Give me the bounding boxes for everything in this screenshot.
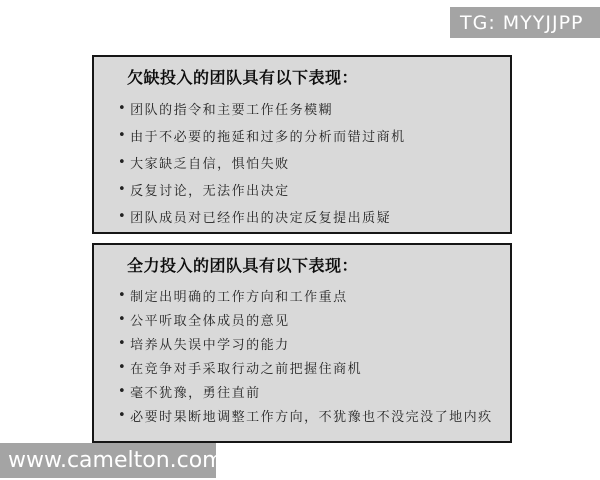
panel-full-commitment: 全力投入的团队具有以下表现： • 制定出明确的工作方向和工作重点 • 公平听取全… <box>92 243 512 443</box>
watermark: www.camelton.com <box>0 443 216 478</box>
list-item-text: 反复讨论，无法作出决定 <box>130 180 290 199</box>
bullet-icon: • <box>118 155 127 170</box>
list-item: • 必要时果断地调整工作方向，不犹豫也不没完没了地内疚 <box>118 403 500 427</box>
bullet-icon: • <box>118 408 127 423</box>
list-item-text: 在竞争对手采取行动之前把握住商机 <box>130 358 362 377</box>
list-item: • 由于不必要的拖延和过多的分析而错过商机 <box>118 122 500 149</box>
list-item: • 大家缺乏自信，惧怕失败 <box>118 149 500 176</box>
list-item: • 毫不犹豫，勇往直前 <box>118 379 500 403</box>
list-item-text: 由于不必要的拖延和过多的分析而错过商机 <box>130 126 406 145</box>
list-item: • 在竞争对手采取行动之前把握住商机 <box>118 355 500 379</box>
bullet-icon: • <box>118 182 127 197</box>
list-item: • 团队的指令和主要工作任务模糊 <box>118 95 500 122</box>
bullet-icon: • <box>118 209 127 224</box>
list-item: • 反复讨论，无法作出决定 <box>118 176 500 203</box>
bullet-icon: • <box>118 360 127 375</box>
bullet-icon: • <box>118 312 127 327</box>
list-item-text: 团队成员对已经作出的决定反复提出质疑 <box>130 207 391 226</box>
tg-badge: TG: MYYJJPP <box>450 7 600 38</box>
bullet-icon: • <box>118 288 127 303</box>
list-item: • 公平听取全体成员的意见 <box>118 307 500 331</box>
list-item-text: 团队的指令和主要工作任务模糊 <box>130 99 333 118</box>
list-item: • 培养从失误中学习的能力 <box>118 331 500 355</box>
bullet-icon: • <box>118 101 127 116</box>
bullet-icon: • <box>118 128 127 143</box>
bullet-icon: • <box>118 336 127 351</box>
bullet-icon: • <box>118 384 127 399</box>
panel-title: 全力投入的团队具有以下表现： <box>127 255 510 276</box>
list-item-text: 公平听取全体成员的意见 <box>130 310 290 329</box>
panel-lacking-commitment: 欠缺投入的团队具有以下表现： • 团队的指令和主要工作任务模糊 • 由于不必要的… <box>92 55 512 234</box>
list-item-text: 培养从失误中学习的能力 <box>130 334 290 353</box>
list-item-text: 制定出明确的工作方向和工作重点 <box>130 286 348 305</box>
list-item-text: 必要时果断地调整工作方向，不犹豫也不没完没了地内疚 <box>130 406 493 425</box>
list-item: • 团队成员对已经作出的决定反复提出质疑 <box>118 203 500 230</box>
list-item-text: 大家缺乏自信，惧怕失败 <box>130 153 290 172</box>
panel-title: 欠缺投入的团队具有以下表现： <box>127 67 510 88</box>
list-item-text: 毫不犹豫，勇往直前 <box>130 382 261 401</box>
list-item: • 制定出明确的工作方向和工作重点 <box>118 283 500 307</box>
